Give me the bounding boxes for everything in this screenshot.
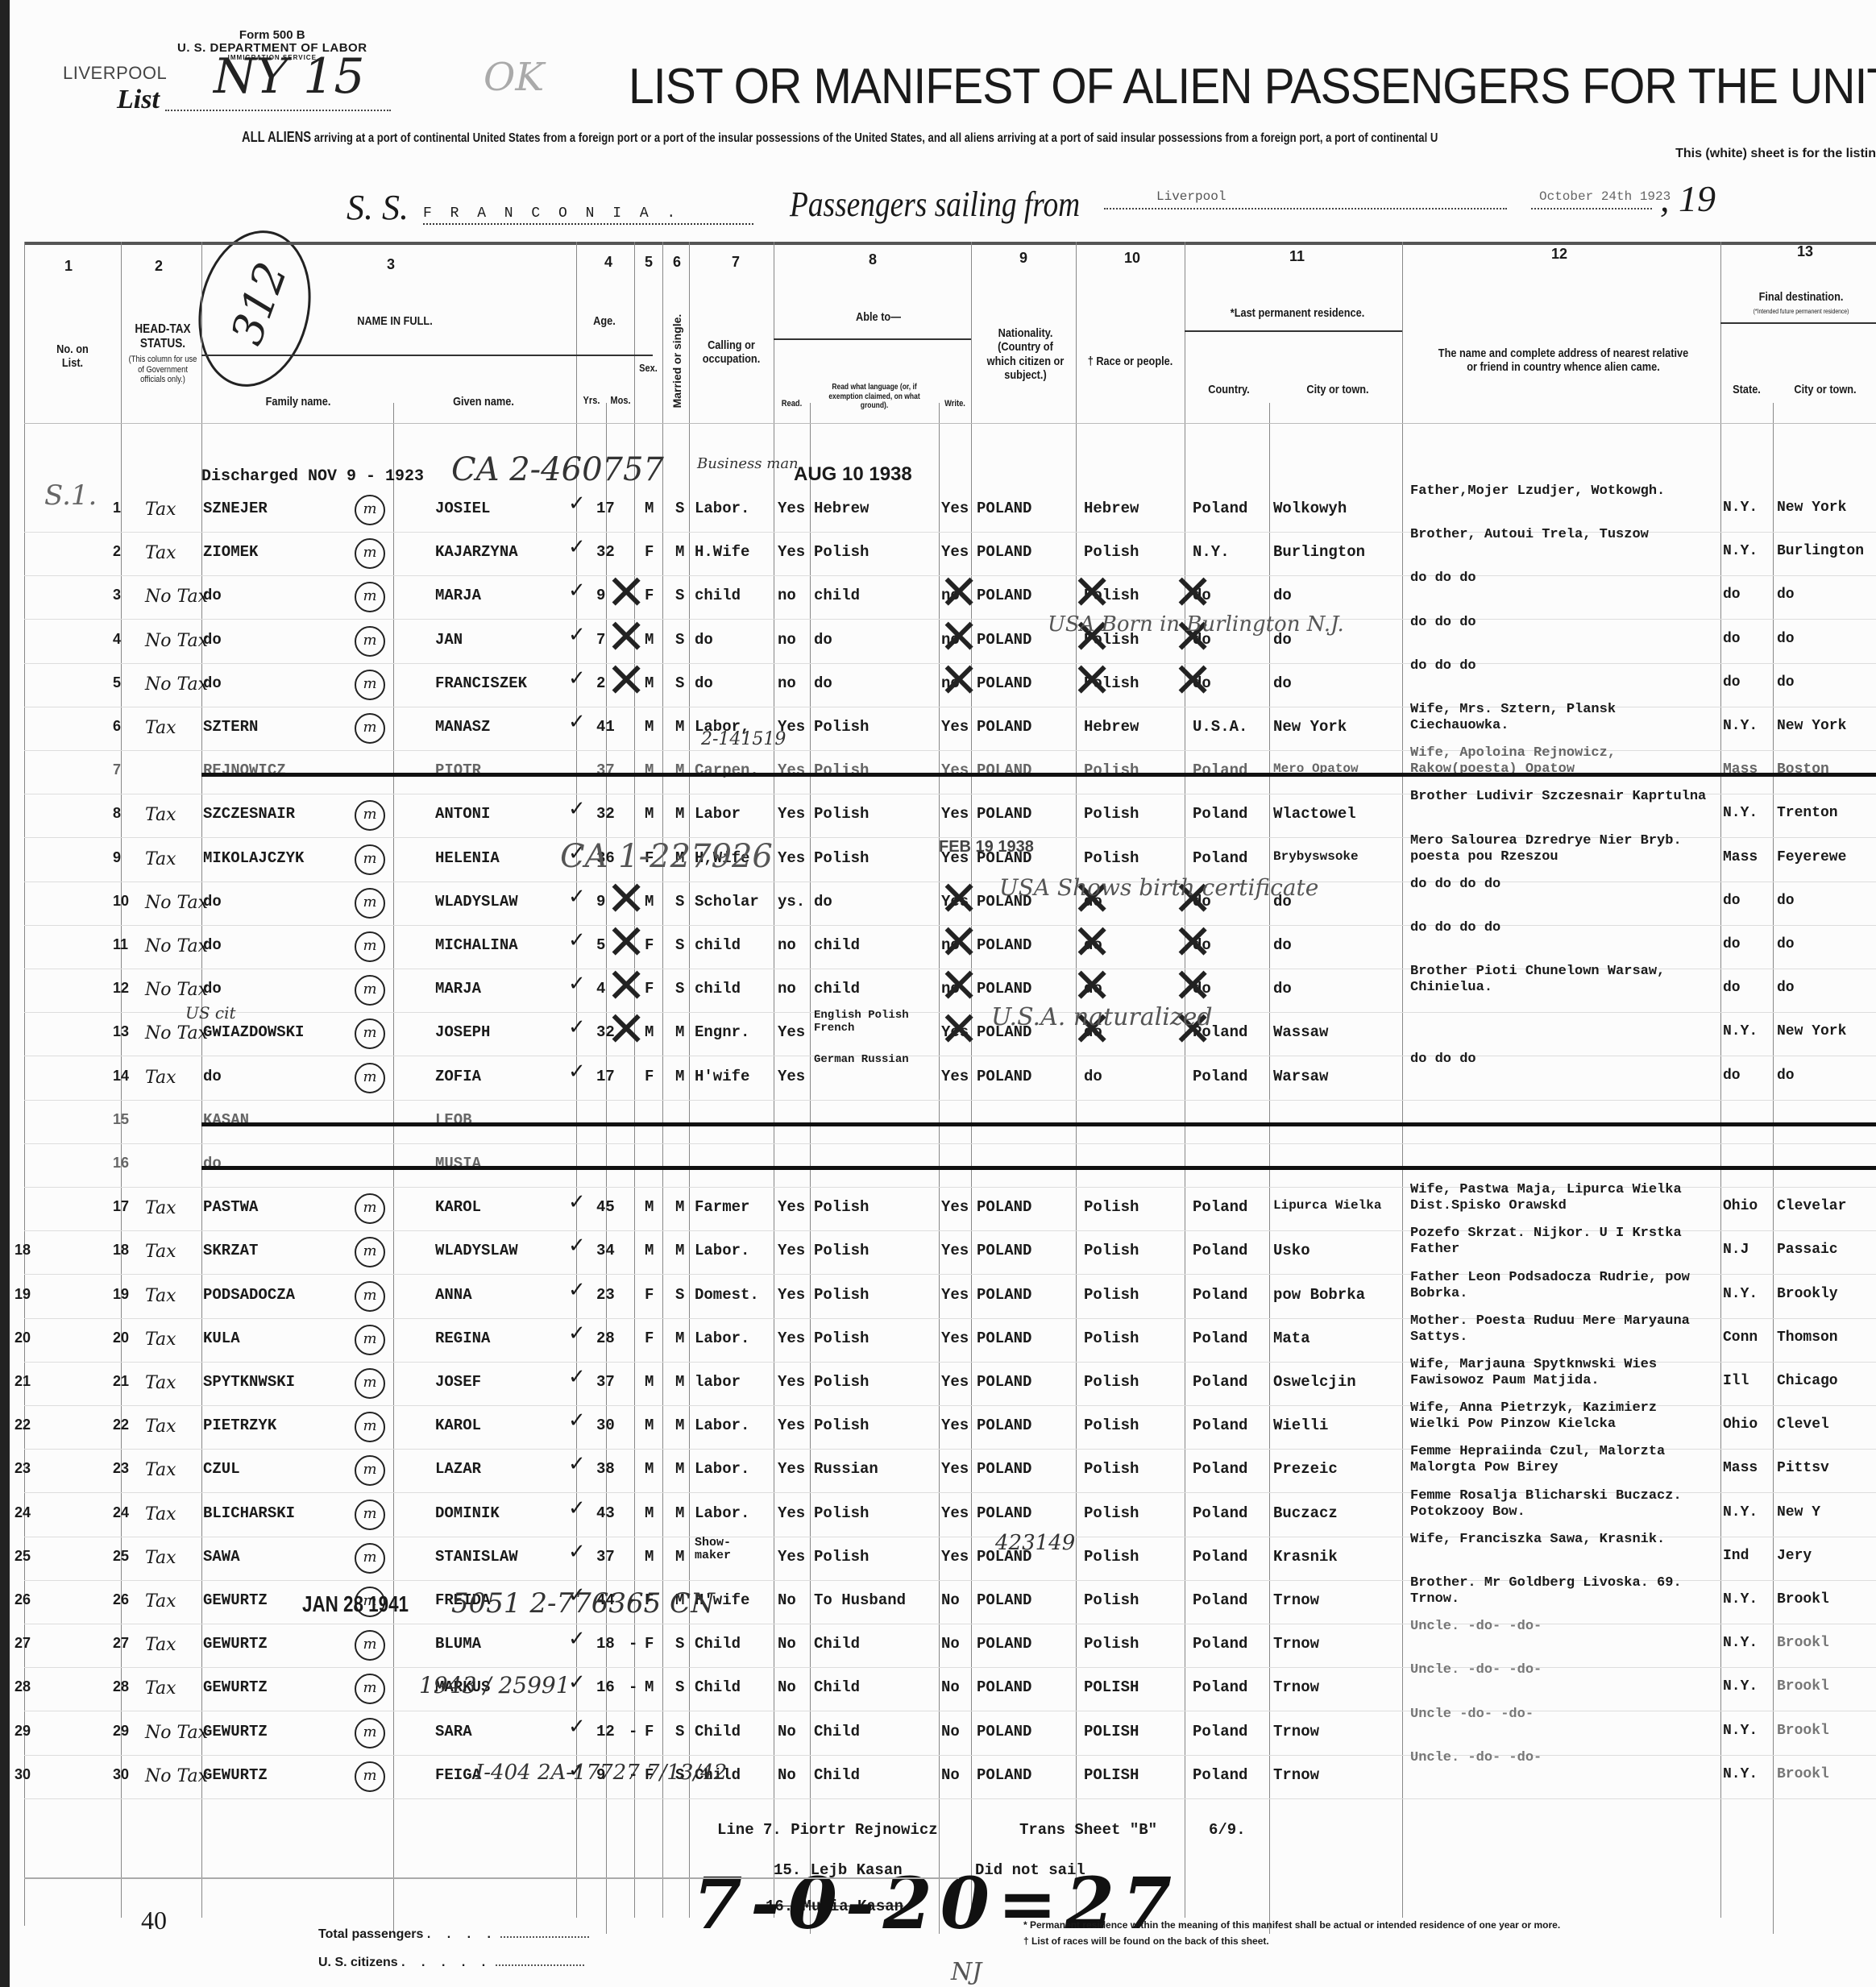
check-mark-icon: ✓	[568, 1278, 586, 1302]
read-language: Polish	[814, 1417, 869, 1434]
can-read: Yes	[778, 805, 805, 823]
footer-rule	[24, 1877, 959, 1879]
cross-out-x-icon: ✕	[606, 657, 646, 705]
destination-city: Chicago	[1777, 1373, 1838, 1389]
trans-sheet-note: Trans Sheet "B"	[1019, 1821, 1157, 1839]
residence-city: Trnow	[1273, 1766, 1319, 1784]
nearest-relative: Brother, Autoui Trela, Tuszow	[1410, 527, 1708, 543]
list-line	[165, 110, 391, 111]
occupation: Child	[695, 1635, 741, 1653]
sex: M	[645, 1198, 654, 1216]
marital-status: M	[675, 805, 684, 823]
row-line-number: 25	[113, 1548, 129, 1565]
can-write: No	[941, 1678, 960, 1696]
header-name-in-full: NAME IN FULL.	[320, 314, 471, 328]
age-years: 16	[596, 1678, 615, 1696]
occupation: Labor	[695, 805, 741, 823]
manifest-check-circle-icon: m	[355, 1063, 385, 1093]
age-years: 9	[596, 587, 605, 604]
jan-stamp: JAN 28 1941	[302, 1591, 409, 1617]
given-name: JOSEF	[435, 1373, 481, 1391]
header-age: Age.	[584, 314, 625, 328]
age-years: 18	[596, 1635, 615, 1653]
given-name: REGINA	[435, 1330, 490, 1347]
destination-state: N.Y.	[1723, 718, 1758, 734]
certificate-30: I-404 2A-17727 7/13/42	[475, 1761, 727, 1785]
marital-status: M	[675, 1504, 684, 1522]
family-name: do	[203, 587, 222, 604]
occupation: child	[695, 980, 741, 998]
row-line-number: 27	[113, 1635, 129, 1652]
family-name: GEWURTZ	[203, 1591, 268, 1609]
residence-city: Mata	[1273, 1330, 1310, 1347]
destination-state: do	[1723, 587, 1741, 603]
destination-state: Ohio	[1723, 1417, 1758, 1433]
family-name: PODSADOCZA	[203, 1286, 295, 1304]
residence-city: do	[1273, 936, 1292, 954]
col-number-8: 8	[869, 251, 877, 268]
destination-city: Trenton	[1777, 805, 1838, 821]
residence-country: Poland	[1193, 849, 1247, 867]
can-write: Yes	[941, 1460, 969, 1478]
family-name: do	[203, 936, 222, 954]
destination-state: do	[1723, 631, 1741, 647]
occupation: Labor.	[695, 500, 749, 517]
can-read: Yes	[778, 1504, 805, 1522]
family-name: CZUL	[203, 1460, 240, 1478]
header-mos: Mos.	[607, 395, 634, 407]
can-read: no	[778, 980, 796, 998]
header-race: † Race or people.	[1084, 355, 1177, 368]
can-read: Yes	[778, 1460, 805, 1478]
sailing-label: Passengers sailing from	[790, 184, 1080, 225]
page-title: LIST OR MANIFEST OF ALIEN PASSENGERS FOR…	[629, 58, 1876, 115]
residence-city: Trnow	[1273, 1635, 1319, 1653]
family-name: GEWURTZ	[203, 1635, 268, 1653]
destination-city: Jery	[1777, 1548, 1812, 1564]
row-line-number: 29	[113, 1723, 129, 1740]
marital-status: M	[675, 1417, 684, 1434]
race: POLISH	[1084, 1723, 1139, 1740]
age-years: 17	[596, 1068, 615, 1085]
nearest-relative: do do do	[1410, 658, 1708, 674]
check-mark-icon: ✓	[568, 1496, 586, 1520]
read-language: Polish	[814, 1373, 869, 1391]
strike-through-line	[201, 1122, 1876, 1126]
residence-city: Oswelcjin	[1273, 1373, 1356, 1391]
family-name: do	[203, 631, 222, 649]
can-read: Yes	[778, 1068, 805, 1085]
destination-state: N.Y.	[1723, 1591, 1758, 1607]
us-cit-note: US cit	[185, 1003, 236, 1023]
residence-country: Poland	[1193, 1198, 1247, 1216]
row-line-number: 1	[113, 500, 121, 516]
given-name: KAROL	[435, 1417, 481, 1434]
total-passengers-text: Total passengers	[318, 1927, 423, 1941]
read-language: child	[814, 936, 860, 954]
can-write: Yes	[941, 805, 969, 823]
can-read: Yes	[778, 1242, 805, 1259]
nationality: POLAND	[977, 1068, 1031, 1085]
marital-status: M	[675, 543, 684, 561]
marital-status: S	[675, 1723, 684, 1740]
sex: F	[645, 1068, 654, 1085]
date-line	[1531, 208, 1652, 209]
nationality: POLAND	[977, 1678, 1031, 1696]
age-years: 4	[596, 980, 605, 998]
margin-number: 18	[15, 1242, 31, 1259]
manifest-page: Form 500 B U. S. DEPARTMENT OF LABOR IMM…	[0, 0, 1876, 1987]
family-name: BLICHARSKI	[203, 1504, 295, 1522]
occupation: Labor.	[695, 1417, 749, 1434]
age-years: 23	[596, 1286, 615, 1304]
destination-city: New York	[1777, 500, 1846, 516]
residence-country: Poland	[1193, 1678, 1247, 1696]
check-mark-icon: ✓	[568, 1670, 586, 1695]
marital-status: S	[675, 893, 684, 911]
manifest-check-circle-icon: m	[355, 1325, 385, 1355]
head-tax-status: Tax	[145, 1198, 176, 1218]
aliens-note-text: arriving at a port of continental United…	[314, 131, 1438, 145]
header-state: State.	[1725, 383, 1769, 396]
col-number-2: 2	[155, 258, 163, 275]
row-line-number: 23	[113, 1460, 129, 1477]
can-read: no	[778, 936, 796, 954]
residence-country: Poland	[1193, 1548, 1247, 1566]
check-mark-icon: ✓	[568, 1540, 586, 1564]
head-tax-status: No Tax	[145, 674, 208, 695]
destination-state: Mass	[1723, 849, 1758, 865]
can-write: Yes	[941, 1373, 969, 1391]
us-citizens-text: U. S. citizens	[318, 1956, 398, 1969]
us-citizens-label: U. S. citizens . . . . .	[318, 1956, 584, 1970]
row-line-number: 7	[113, 761, 121, 778]
check-mark-icon: ✓	[568, 1321, 586, 1346]
occupation: H'wife	[695, 1068, 749, 1085]
sex: M	[645, 1242, 654, 1259]
can-read: Yes	[778, 543, 805, 561]
row-line-number: 6	[113, 718, 121, 735]
can-read: Yes	[778, 1198, 805, 1216]
read-language: Polish	[814, 849, 869, 867]
row-line-number: 28	[113, 1678, 129, 1695]
row-line-number: 8	[113, 805, 121, 822]
age-years: 17	[596, 500, 615, 517]
age-years: 37	[596, 1373, 615, 1391]
read-language: do	[814, 674, 832, 692]
col-number-10: 10	[1124, 250, 1140, 267]
given-name: ZOFIA	[435, 1068, 481, 1085]
col-number-6: 6	[673, 254, 681, 271]
destination-state: N.Y.	[1723, 1286, 1758, 1302]
total-passengers-label: Total passengers . . . .	[318, 1927, 589, 1942]
row-line-number: 22	[113, 1417, 129, 1433]
nearest-relative: Brother Pioti Chunelown Warsaw, Chinielu…	[1410, 964, 1708, 996]
sex: M	[645, 500, 654, 517]
manifest-check-circle-icon: m	[355, 670, 385, 700]
margin-number: 25	[15, 1548, 31, 1565]
cross-out-x-icon: ✕	[939, 657, 979, 705]
given-name: JOSIEL	[435, 500, 490, 517]
check-mark-icon: ✓	[568, 1452, 586, 1476]
row-line-number: 19	[113, 1286, 129, 1303]
race: Polish	[1084, 1286, 1139, 1304]
occupation: Engnr.	[695, 1023, 749, 1041]
age-years: 32	[596, 543, 615, 561]
manifest-check-circle-icon: m	[355, 888, 385, 919]
destination-state: do	[1723, 893, 1741, 909]
row-line-number: 5	[113, 674, 121, 691]
ship-name: F R A N C O N I A .	[423, 205, 680, 222]
certificate-28: 1943 / 25991	[419, 1672, 571, 1699]
header-dest-city: City or town.	[1781, 383, 1870, 396]
given-name: FRANCISZEK	[435, 674, 527, 692]
can-read: No	[778, 1678, 796, 1696]
nearest-relative: Wife, Mrs. Sztern, Plansk Ciechauowka.	[1410, 702, 1708, 734]
check-mark-icon: ✓	[568, 1234, 586, 1258]
nearest-relative: Femme Rosalja Blicharski Buczacz. Potokz…	[1410, 1488, 1708, 1520]
row-line-number: 15	[113, 1111, 129, 1128]
race: Polish	[1084, 1417, 1139, 1434]
nearest-relative: Pozefo Skrzat. Nijkor. U I Krstka Father	[1410, 1226, 1708, 1258]
row8-certificate: CA 1-227926	[560, 838, 773, 875]
row-divider	[24, 1100, 1876, 1101]
can-write: Yes	[941, 1548, 969, 1566]
header-last-residence: *Last permanent residence.	[1209, 306, 1387, 320]
residence-city: do	[1273, 980, 1292, 998]
manifest-check-circle-icon: m	[355, 1500, 385, 1530]
feb-stamp: FEB 19 1938	[939, 838, 1034, 857]
head-tax-status: Tax	[145, 1068, 176, 1088]
given-name: ANNA	[435, 1286, 472, 1304]
destination-city: do	[1777, 631, 1795, 647]
manifest-check-circle-icon: m	[355, 975, 385, 1006]
residence-country: Poland	[1193, 1242, 1247, 1259]
occupation: Labor.	[695, 1330, 749, 1347]
table-row: 15KASANLEOB	[0, 1111, 1852, 1155]
check-mark-icon: ✓	[568, 535, 586, 559]
nearest-relative: Father Leon Podsadocza Rudrie, pow Bobrk…	[1410, 1270, 1708, 1302]
destination-state: N.Y.	[1723, 543, 1758, 559]
read-language: Polish	[814, 718, 869, 736]
row-divider	[24, 1798, 1876, 1799]
sex: F	[645, 1286, 654, 1304]
nationality: POLAND	[977, 805, 1031, 823]
nationality: POLAND	[977, 543, 1031, 561]
race: Polish	[1084, 805, 1139, 823]
destination-state: N.Y.	[1723, 1766, 1758, 1782]
nearest-relative: Femme Hepraiinda Czul, Malorzta Malorgta…	[1410, 1444, 1708, 1476]
row5-note: 2-141519	[701, 729, 786, 749]
race: POLISH	[1084, 1766, 1139, 1784]
family-name: do	[203, 1068, 222, 1085]
header-read: Read.	[776, 399, 807, 409]
occupation: Child	[695, 1678, 741, 1696]
family-name: do	[203, 893, 222, 911]
nationality: POLAND	[977, 980, 1031, 998]
destination-state: N.Y.	[1723, 1723, 1758, 1739]
row-line-number: 3	[113, 587, 121, 604]
discharged-stamp: Discharged NOV 9 - 1923	[201, 467, 424, 486]
can-write: Yes	[941, 500, 969, 517]
born-in-note: USA Born in Burlington N.J.	[1048, 612, 1344, 637]
age-years: 7	[596, 631, 605, 649]
destination-state: Ind	[1723, 1548, 1749, 1564]
read-language: Child	[814, 1723, 860, 1740]
head-tax-status: Tax	[145, 1548, 176, 1568]
read-language: Child	[814, 1766, 860, 1784]
destination-city: do	[1777, 936, 1795, 952]
given-name: STANISLAW	[435, 1548, 518, 1566]
nationality: POLAND	[977, 1635, 1031, 1653]
manifest-check-circle-icon: m	[355, 1630, 385, 1661]
family-name: SKRZAT	[203, 1242, 258, 1259]
manifest-check-circle-icon: m	[355, 1718, 385, 1748]
check-mark-icon: ✓	[568, 579, 586, 603]
occupation: Domest.	[695, 1286, 759, 1304]
nationality: POLAND	[977, 1286, 1031, 1304]
residence-country: Poland	[1193, 1068, 1247, 1085]
residence-city: Warsaw	[1273, 1068, 1328, 1085]
family-name: SZTERN	[203, 718, 258, 736]
head-tax-status: Tax	[145, 718, 176, 738]
read-language: Polish	[814, 1198, 869, 1216]
given-name: SARA	[435, 1723, 472, 1740]
residence-city: do	[1273, 587, 1292, 604]
shows-birth-note: USA Shows birth certificate	[999, 874, 1318, 901]
residence-country: Poland	[1193, 1635, 1247, 1653]
head-tax-status: Tax	[145, 1591, 176, 1612]
age-years: 9	[596, 893, 605, 911]
row-line-number: 11	[113, 936, 128, 953]
nearest-relative: Wife, Marjauna Spytknwski Wies Fawisowoz…	[1410, 1357, 1708, 1389]
destination-city: New York	[1777, 1023, 1846, 1039]
col-number-11: 11	[1289, 248, 1305, 265]
header-head-tax: HEAD-TAX STATUS.	[129, 322, 197, 352]
can-write: Yes	[941, 1242, 969, 1259]
manifest-check-circle-icon: m	[355, 1368, 385, 1399]
nearest-relative: do do do do	[1410, 877, 1708, 893]
can-read: Yes	[778, 1286, 805, 1304]
manifest-check-circle-icon: m	[355, 538, 385, 569]
sex: M	[645, 805, 654, 823]
residence-city: Burlington	[1273, 543, 1365, 561]
margin-number: 30	[15, 1766, 31, 1783]
occupation: Labor.	[695, 1460, 749, 1478]
col-number-9: 9	[1019, 250, 1027, 267]
read-language: To Husband	[814, 1591, 906, 1609]
manifest-check-circle-icon: m	[355, 1193, 385, 1224]
head-tax-status: No Tax	[145, 936, 208, 956]
residence-country: Poland	[1193, 1373, 1247, 1391]
head-tax-status: Tax	[145, 1242, 176, 1262]
nj-note: NJ	[951, 1958, 982, 1986]
race: Polish	[1084, 1373, 1139, 1391]
destination-city: Pittsv	[1777, 1460, 1829, 1476]
destination-city: do	[1777, 1068, 1795, 1084]
manifest-check-circle-icon: m	[355, 1761, 385, 1792]
destination-state: Ill	[1723, 1373, 1749, 1389]
nationality: POLAND	[977, 1417, 1031, 1434]
row-line-number: 26	[113, 1591, 129, 1608]
head-tax-status: Tax	[145, 1286, 176, 1306]
destination-city: Clevelar	[1777, 1198, 1846, 1214]
destination-city: Brookl	[1777, 1635, 1829, 1651]
race: Hebrew	[1084, 718, 1139, 736]
check-mark-icon: ✓	[568, 1715, 586, 1739]
nationality: POLAND	[977, 1460, 1031, 1478]
residence-country: Poland	[1193, 1417, 1247, 1434]
col-number-12: 12	[1551, 246, 1567, 263]
check-mark-icon: ✓	[568, 1060, 586, 1084]
destination-state: N.Y.	[1723, 805, 1758, 821]
residence-city: pow Bobrka	[1273, 1286, 1365, 1304]
table-row: 14TaxdoZOFIA17FMH'wifeYesGerman RussianY…	[0, 1068, 1852, 1111]
race: Polish	[1084, 1591, 1139, 1609]
row-line-number: 10	[113, 893, 129, 910]
nearest-relative: do do do	[1410, 1052, 1708, 1068]
destination-city: Feyerewe	[1777, 849, 1846, 865]
margin-number: 22	[15, 1417, 31, 1433]
destination-state: N.Y.	[1723, 500, 1758, 516]
destination-city: do	[1777, 893, 1795, 909]
header-family-name: Family name.	[237, 395, 360, 409]
trans-date-note: 6/9.	[1209, 1821, 1246, 1839]
race: Polish	[1084, 1198, 1139, 1216]
check-mark-icon: ✓	[568, 492, 586, 516]
age-years: 41	[596, 718, 615, 736]
row-line-number: 24	[113, 1504, 129, 1521]
nationality: POLAND	[977, 1591, 1031, 1609]
certificate-25: 423149	[995, 1531, 1075, 1555]
residence-city: Wolkowyh	[1273, 500, 1347, 517]
residence-city: Buczacz	[1273, 1504, 1338, 1522]
residence-country: Poland	[1193, 1766, 1247, 1784]
residence-city: Wassaw	[1273, 1023, 1328, 1041]
read-language: Child	[814, 1678, 860, 1696]
residence-city: Trnow	[1273, 1591, 1319, 1609]
occupation: child	[695, 936, 741, 954]
destination-state: N.Y.	[1723, 1635, 1758, 1651]
aliens-note-lead: ALL ALIENS	[242, 129, 311, 145]
read-language: Polish	[814, 543, 869, 561]
head-tax-status: Tax	[145, 1635, 176, 1655]
aliens-note: ALL ALIENS arriving at a port of contine…	[242, 129, 1438, 146]
residence-country: Poland	[1193, 1286, 1247, 1304]
row-line-number: 20	[113, 1330, 129, 1346]
destination-city: Thomson	[1777, 1330, 1838, 1346]
head-tax-status: Tax	[145, 805, 176, 825]
destination-state: do	[1723, 980, 1741, 996]
can-read: Yes	[778, 1548, 805, 1566]
marital-status: M	[675, 1548, 684, 1566]
marital-status: M	[675, 1023, 684, 1041]
read-language: German Russian	[814, 1053, 911, 1066]
nearest-relative: Wife, Pastwa Maja, Lipurca Wielka Dist.S…	[1410, 1182, 1708, 1214]
can-read: No	[778, 1766, 796, 1784]
head-tax-status: Tax	[145, 543, 176, 563]
occupation: H.Wife	[695, 543, 749, 561]
read-language: Polish	[814, 1548, 869, 1566]
sex: M	[645, 1548, 654, 1566]
naturalized-note: U.S.A. naturalized	[991, 1003, 1213, 1031]
age-years: 2	[596, 674, 605, 692]
sailing-line	[1104, 208, 1507, 209]
nationality: POLAND	[977, 1373, 1031, 1391]
given-name: MANASZ	[435, 718, 490, 736]
check-mark-icon: ✓	[568, 1190, 586, 1214]
head-tax-status: No Tax	[145, 587, 208, 607]
